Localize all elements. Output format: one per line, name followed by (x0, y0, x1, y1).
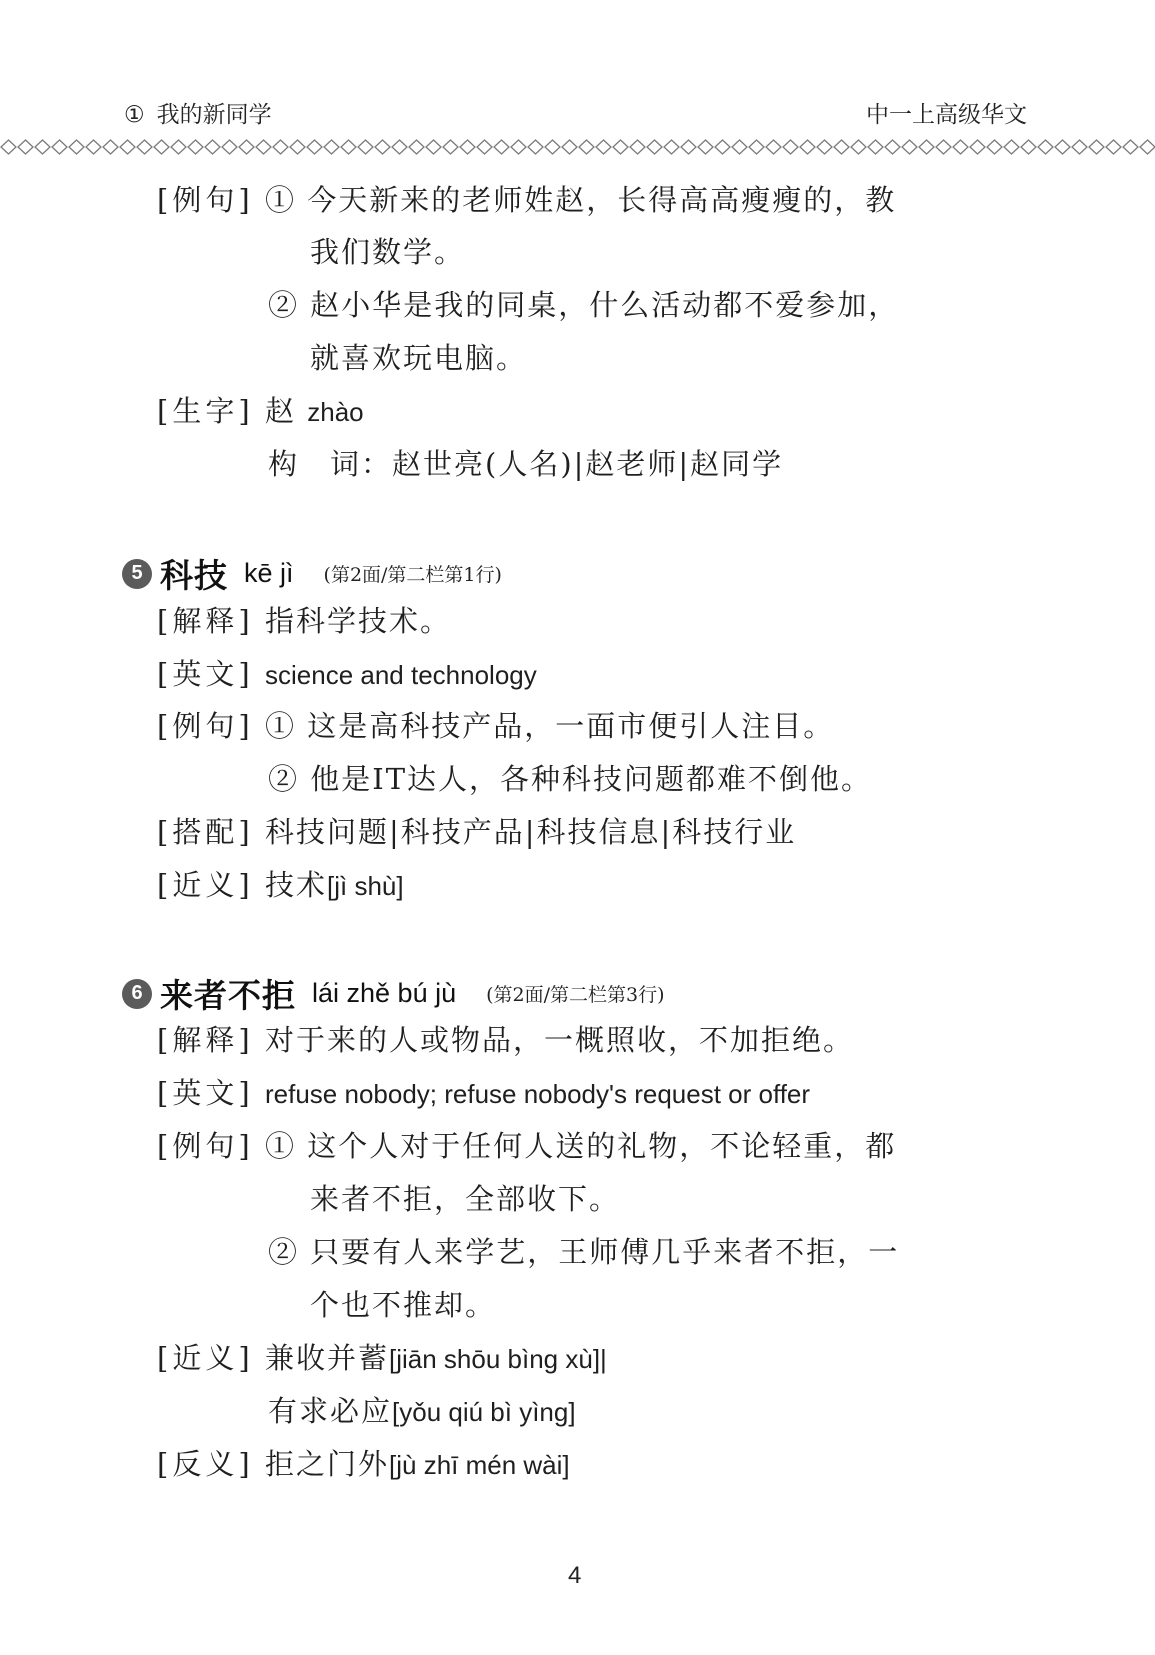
example-text: 这是高科技产品，一面市便引人注目。 (307, 709, 834, 743)
synonym-word: 兼收并蓄 (265, 1341, 389, 1375)
collocation-text: 科技问题|科技产品|科技信息|科技行业 (265, 815, 796, 849)
synonym-tag: [近义] (157, 867, 265, 903)
collocation-line: [搭配]科技问题|科技产品|科技信息|科技行业 (157, 814, 796, 850)
example-line-continued: 来者不拒，全部收下。 (310, 1181, 620, 1217)
antonym-line: [反义]拒之门外[jù zhī mén wài] (157, 1446, 570, 1483)
example-line-continued: 我们数学。 (310, 234, 465, 270)
example-tag: [例句] (157, 1128, 265, 1164)
example-line: ② 赵小华是我的同桌，什么活动都不爱参加， (268, 287, 899, 323)
english-text: refuse nobody; refuse nobody's request o… (265, 1079, 810, 1109)
example-line: ② 只要有人来学艺，王师傅几乎来者不拒，一 (268, 1234, 899, 1270)
synonym-line: [近义]兼收并蓄[jiān shōu bìng xù]| (157, 1340, 607, 1377)
example-text: 今天新来的老师姓赵，长得高高瘦瘦的，教 (307, 183, 896, 217)
english-tag: [英文] (157, 1075, 265, 1111)
entry-heading-6: 6 来者不拒 lái zhě bú jù (第2面/第二栏第3行) (122, 970, 665, 1017)
explanation-text: 指科学技术。 (265, 604, 451, 638)
antonym-word: 拒之门外 (265, 1447, 389, 1481)
new-char: 赵 (265, 394, 296, 428)
example-marker: ② (268, 1235, 299, 1269)
example-line: [例句]① 今天新来的老师姓赵，长得高高瘦瘦的，教 (157, 182, 896, 218)
synonym-pinyin: [jiān shōu bìng xù]| (389, 1344, 607, 1374)
antonym-tag: [反义] (157, 1446, 265, 1482)
collocation-tag: [搭配] (157, 814, 265, 850)
compounds-text: 赵世亮(人名)|赵老师|赵同学 (392, 447, 783, 481)
example-text: 他是IT达人，各种科技问题都难不倒他。 (310, 762, 872, 796)
compounds-label: 构 词： (268, 447, 392, 481)
antonym-pinyin: [jù zhī mén wài] (389, 1450, 570, 1480)
chapter-number: ① (124, 102, 145, 128)
entry-word: 来者不拒 (160, 970, 296, 1017)
example-text: 这个人对于任何人送的礼物，不论轻重，都 (307, 1129, 896, 1163)
synonym-line-continued: 有求必应[yǒu qiú bì yìng] (268, 1393, 576, 1430)
example-line: [例句]① 这是高科技产品，一面市便引人注目。 (157, 708, 834, 744)
explanation-line: [解释]指科学技术。 (157, 603, 451, 639)
new-character-line: [生字]赵 zhào (157, 393, 364, 430)
entry-number-badge: 5 (122, 559, 152, 589)
synonym-word: 有求必应 (268, 1394, 392, 1428)
entry-pinyin: kē jì (244, 558, 294, 589)
english-line: [英文]refuse nobody; refuse nobody's reque… (157, 1075, 810, 1112)
synonym-pinyin: [yǒu qiú bì yìng] (392, 1397, 576, 1427)
example-marker: ① (265, 183, 296, 217)
entry-heading-5: 5 科技 kē jì (第2面/第二栏第1行) (122, 550, 502, 597)
example-text: 赵小华是我的同桌，什么活动都不爱参加， (310, 288, 899, 322)
chapter-header: ①我的新同学 (124, 96, 272, 129)
entry-reference: (第2面/第二栏第1行) (324, 560, 502, 587)
explanation-tag: [解释] (157, 1022, 265, 1058)
entry-number-badge: 6 (122, 979, 152, 1009)
entry-pinyin: lái zhě bú jù (312, 978, 456, 1009)
example-tag: [例句] (157, 182, 265, 218)
example-line-continued: 个也不推却。 (310, 1287, 496, 1323)
example-line: ② 他是IT达人，各种科技问题都难不倒他。 (268, 761, 872, 797)
book-title: 中一上高级华文 (866, 96, 1027, 129)
example-line-continued: 就喜欢玩电脑。 (310, 340, 527, 376)
example-tag: [例句] (157, 708, 265, 744)
explanation-tag: [解释] (157, 603, 265, 639)
example-marker: ② (268, 288, 299, 322)
english-text: science and technology (265, 660, 537, 690)
new-char-pinyin: zhào (307, 397, 363, 427)
example-line: [例句]① 这个人对于任何人送的礼物，不论轻重，都 (157, 1128, 896, 1164)
synonym-word: 技术 (265, 868, 327, 902)
explanation-text: 对于来的人或物品，一概照收，不加拒绝。 (265, 1023, 854, 1057)
entry-reference: (第2面/第二栏第3行) (486, 980, 664, 1007)
example-marker: ① (265, 1129, 296, 1163)
compounds-line: 构 词：赵世亮(人名)|赵老师|赵同学 (268, 446, 783, 482)
english-tag: [英文] (157, 656, 265, 692)
explanation-line: [解释]对于来的人或物品，一概照收，不加拒绝。 (157, 1022, 854, 1058)
example-marker: ② (268, 762, 299, 796)
example-text: 只要有人来学艺，王师傅几乎来者不拒，一 (310, 1235, 899, 1269)
diamond-border-divider (0, 139, 1155, 155)
english-line: [英文]science and technology (157, 656, 537, 693)
synonym-pinyin: [jì shù] (327, 871, 404, 901)
example-marker: ① (265, 709, 296, 743)
chapter-title: 我的新同学 (157, 102, 272, 128)
synonym-tag: [近义] (157, 1340, 265, 1376)
new-char-tag: [生字] (157, 393, 265, 429)
synonym-line: [近义]技术[jì shù] (157, 867, 404, 904)
entry-word: 科技 (160, 550, 228, 597)
page-number: 4 (568, 1562, 581, 1590)
